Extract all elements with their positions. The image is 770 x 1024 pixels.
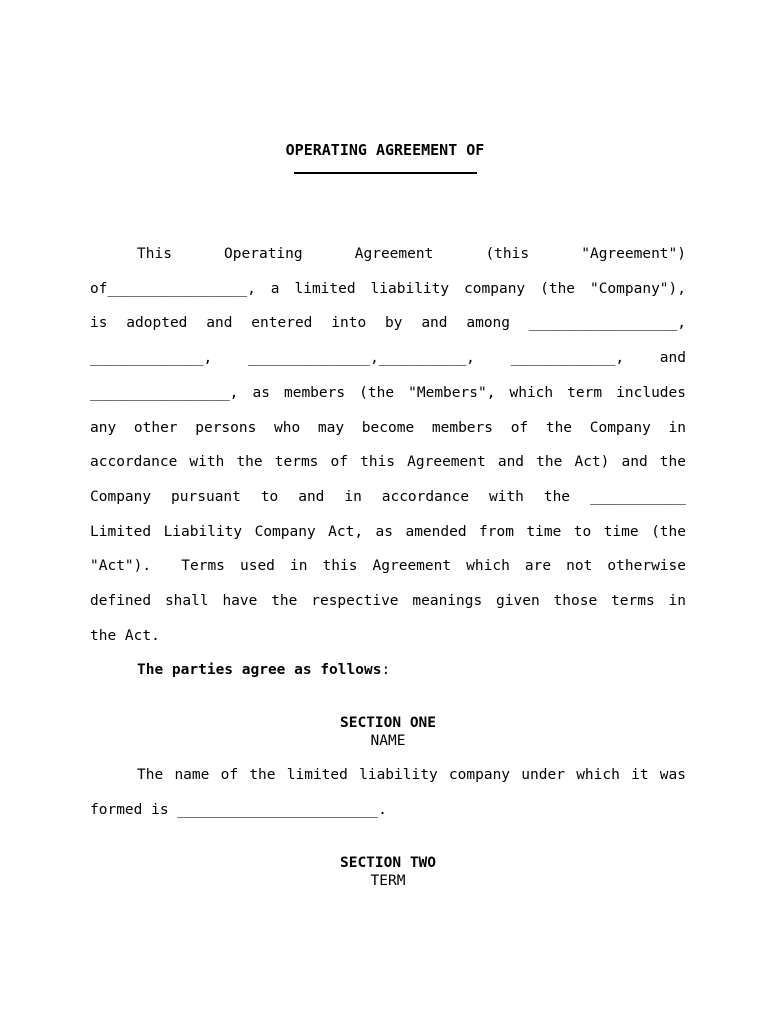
intro-paragraph: This Operating Agreement (this "Agreemen…	[90, 237, 686, 653]
paragraph-line: The name of the limited liability compan…	[90, 758, 686, 793]
paragraph-line: accordance with the terms of this Agreem…	[90, 445, 686, 480]
document-body: This Operating Agreement (this "Agreemen…	[90, 237, 686, 890]
paragraph-line: _____________, ______________,__________…	[90, 341, 686, 376]
paragraph-line: formed is _______________________.	[90, 793, 686, 828]
parties-clause-colon: :	[381, 662, 390, 678]
paragraph-line: is adopted and entered into by and among…	[90, 306, 686, 341]
section-two-subheading: TERM	[90, 872, 686, 890]
section-two-heading-block: SECTION TWO TERM	[90, 854, 686, 890]
paragraph-line: defined shall have the respective meanin…	[90, 584, 686, 619]
title-blank-line	[294, 172, 477, 174]
paragraph-line: "Act"). Terms used in this Agreement whi…	[90, 549, 686, 584]
paragraph-line: Limited Liability Company Act, as amende…	[90, 515, 686, 550]
parties-clause-text: The parties agree as follows	[137, 662, 381, 678]
paragraph-line: any other persons who may become members…	[90, 411, 686, 446]
section-one-subheading: NAME	[90, 732, 686, 750]
section-one-heading-block: SECTION ONE NAME	[90, 714, 686, 750]
section-one-heading: SECTION ONE	[90, 714, 686, 732]
parties-clause: The parties agree as follows:	[90, 653, 686, 688]
section-two-heading: SECTION TWO	[90, 854, 686, 872]
document-page: OPERATING AGREEMENT OF This Operating Ag…	[0, 0, 770, 1024]
paragraph-line: of________________, a limited liability …	[90, 272, 686, 307]
paragraph-line: the Act.	[90, 619, 686, 654]
paragraph-line: Company pursuant to and in accordance wi…	[90, 480, 686, 515]
document-title: OPERATING AGREEMENT OF	[0, 140, 770, 160]
paragraph-line: ________________, as members (the "Membe…	[90, 376, 686, 411]
paragraph-line: This Operating Agreement (this "Agreemen…	[90, 237, 686, 272]
name-paragraph: The name of the limited liability compan…	[90, 758, 686, 827]
